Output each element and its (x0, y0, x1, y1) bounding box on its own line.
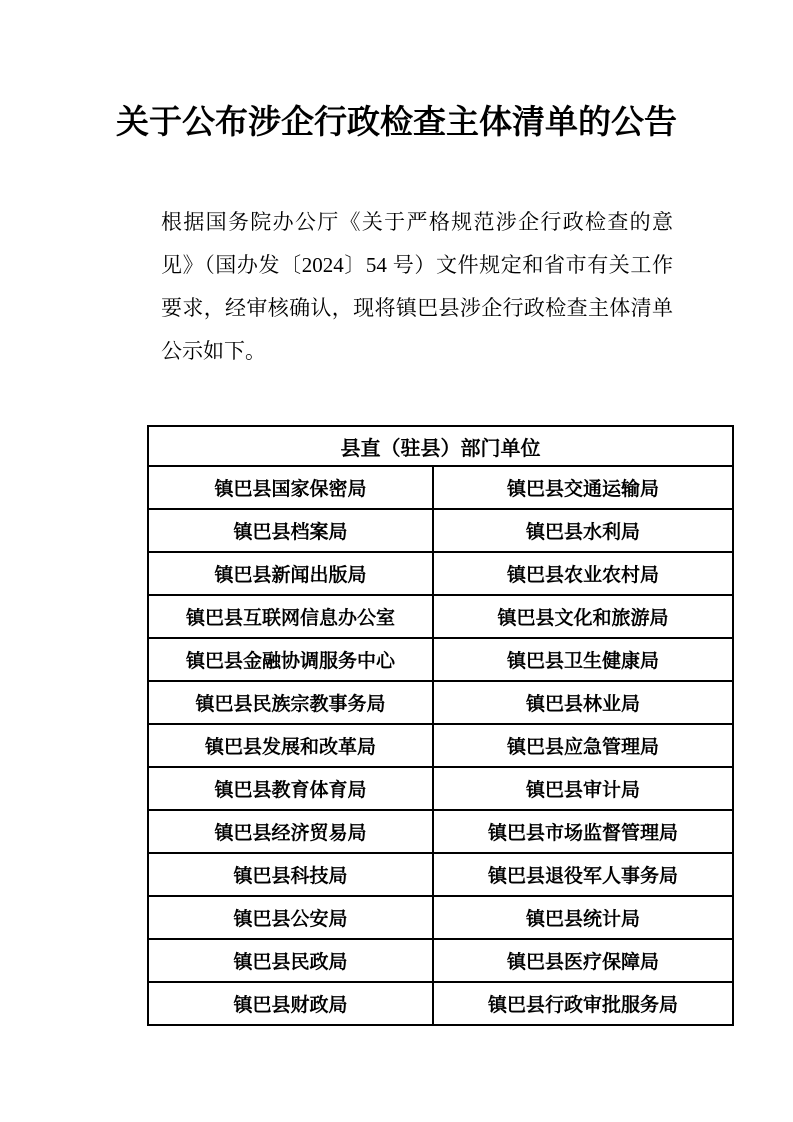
table-cell: 镇巴县退役军人事务局 (433, 853, 733, 896)
table-row: 镇巴县新闻出版局 镇巴县农业农村局 (148, 552, 733, 595)
table-header-row: 县直（驻县）部门单位 (148, 426, 733, 466)
table-cell: 镇巴县公安局 (148, 896, 433, 939)
table-cell: 镇巴县应急管理局 (433, 724, 733, 767)
table-row: 镇巴县金融协调服务中心 镇巴县卫生健康局 (148, 638, 733, 681)
table-cell: 镇巴县文化和旅游局 (433, 595, 733, 638)
table-cell: 镇巴县民政局 (148, 939, 433, 982)
table-cell: 镇巴县交通运输局 (433, 466, 733, 509)
table-row: 镇巴县科技局 镇巴县退役军人事务局 (148, 853, 733, 896)
table-cell: 镇巴县科技局 (148, 853, 433, 896)
table-cell: 镇巴县医疗保障局 (433, 939, 733, 982)
table-row: 镇巴县公安局 镇巴县统计局 (148, 896, 733, 939)
table-cell: 镇巴县水利局 (433, 509, 733, 552)
units-table: 县直（驻县）部门单位 镇巴县国家保密局 镇巴县交通运输局 镇巴县档案局 镇巴县水… (147, 425, 734, 1026)
table-cell: 镇巴县金融协调服务中心 (148, 638, 433, 681)
table-cell: 镇巴县财政局 (148, 982, 433, 1025)
table-cell: 镇巴县经济贸易局 (148, 810, 433, 853)
table-cell: 镇巴县教育体育局 (148, 767, 433, 810)
table-cell: 镇巴县审计局 (433, 767, 733, 810)
table-cell: 镇巴县新闻出版局 (148, 552, 433, 595)
intro-paragraph: 根据国务院办公厅《关于严格规范涉企行政检查的意见》（国办发〔2024〕54 号）… (161, 201, 673, 373)
table-row: 镇巴县民政局 镇巴县医疗保障局 (148, 939, 733, 982)
table-row: 镇巴县民族宗教事务局 镇巴县林业局 (148, 681, 733, 724)
table-row: 镇巴县教育体育局 镇巴县审计局 (148, 767, 733, 810)
table-row: 镇巴县财政局 镇巴县行政审批服务局 (148, 982, 733, 1025)
table-row: 镇巴县发展和改革局 镇巴县应急管理局 (148, 724, 733, 767)
table-cell: 镇巴县互联网信息办公室 (148, 595, 433, 638)
table-cell: 镇巴县档案局 (148, 509, 433, 552)
document-page: 关于公布涉企行政检查主体清单的公告 根据国务院办公厅《关于严格规范涉企行政检查的… (0, 0, 793, 1122)
table-cell: 镇巴县林业局 (433, 681, 733, 724)
table-cell: 镇巴县市场监督管理局 (433, 810, 733, 853)
table-cell: 镇巴县行政审批服务局 (433, 982, 733, 1025)
table-row: 镇巴县经济贸易局 镇巴县市场监督管理局 (148, 810, 733, 853)
table-cell: 镇巴县民族宗教事务局 (148, 681, 433, 724)
table-cell: 镇巴县发展和改革局 (148, 724, 433, 767)
table-row: 镇巴县互联网信息办公室 镇巴县文化和旅游局 (148, 595, 733, 638)
table-cell: 镇巴县农业农村局 (433, 552, 733, 595)
table-cell: 镇巴县国家保密局 (148, 466, 433, 509)
announcement-title: 关于公布涉企行政检查主体清单的公告 (0, 98, 793, 146)
table-header-cell: 县直（驻县）部门单位 (148, 426, 733, 466)
table-row: 镇巴县国家保密局 镇巴县交通运输局 (148, 466, 733, 509)
table-cell: 镇巴县卫生健康局 (433, 638, 733, 681)
table-row: 镇巴县档案局 镇巴县水利局 (148, 509, 733, 552)
table-cell: 镇巴县统计局 (433, 896, 733, 939)
